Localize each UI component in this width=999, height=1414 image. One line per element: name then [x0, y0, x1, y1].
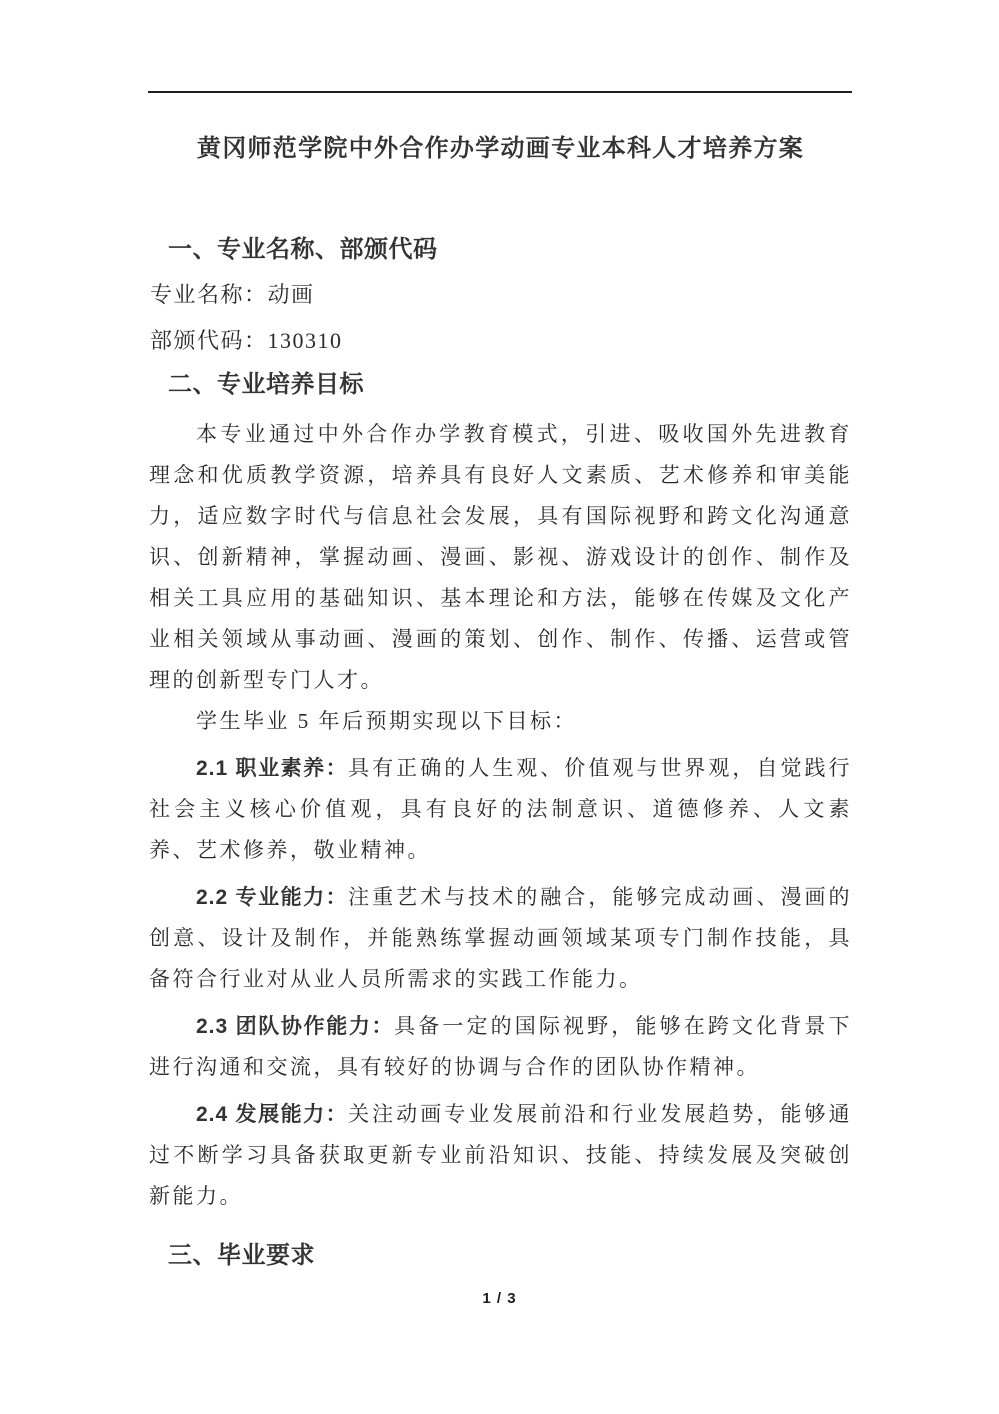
paragraph-goal-2-1: 2.1 职业素养：具有正确的人生观、价值观与世界观，自觉践行社会主义核心价值观，… — [149, 748, 852, 871]
document-page: 黄冈师范学院中外合作办学动画专业本科人才培养方案 一、专业名称、部颁代码 专业名… — [0, 0, 999, 1414]
section-heading-major-name-code: 一、专业名称、部颁代码 — [168, 233, 438, 267]
goal-2-2-label: 2.2 专业能力： — [196, 886, 348, 909]
section-heading-training-objectives: 二、专业培养目标 — [168, 368, 364, 402]
major-code-line: 部颁代码：130310 — [150, 325, 343, 357]
paragraph-goal-2-3: 2.3 团队协作能力：具备一定的国际视野，能够在跨文化背景下进行沟通和交流，具有… — [149, 1006, 852, 1088]
paragraph-goal-2-2: 2.2 专业能力：注重艺术与技术的融合，能够完成动画、漫画的创意、设计及制作，并… — [149, 877, 852, 1000]
document-title: 黄冈师范学院中外合作办学动画专业本科人才培养方案 — [149, 130, 852, 168]
page-top-rule — [148, 91, 852, 93]
goal-2-3-label: 2.3 团队协作能力： — [196, 1015, 394, 1038]
major-name-line: 专业名称：动画 — [150, 279, 315, 311]
section-heading-graduation-requirements: 三、毕业要求 — [168, 1239, 852, 1273]
section-body-training-objectives: 本专业通过中外合作办学教育模式，引进、吸收国外先进教育理念和优质教学资源，培养具… — [149, 414, 852, 1273]
paragraph-goal-2-4: 2.4 发展能力：关注动画专业发展前沿和行业发展趋势，能够通过不断学习具备获取更… — [149, 1094, 852, 1217]
footer-page-number: 1 / 3 — [0, 1290, 999, 1307]
paragraph-program-overview: 本专业通过中外合作办学教育模式，引进、吸收国外先进教育理念和优质教学资源，培养具… — [149, 414, 852, 701]
goal-2-1-label: 2.1 职业素养： — [196, 757, 348, 780]
goal-2-4-label: 2.4 发展能力： — [196, 1103, 348, 1126]
paragraph-goal-intro: 学生毕业 5 年后预期实现以下目标： — [149, 701, 852, 742]
